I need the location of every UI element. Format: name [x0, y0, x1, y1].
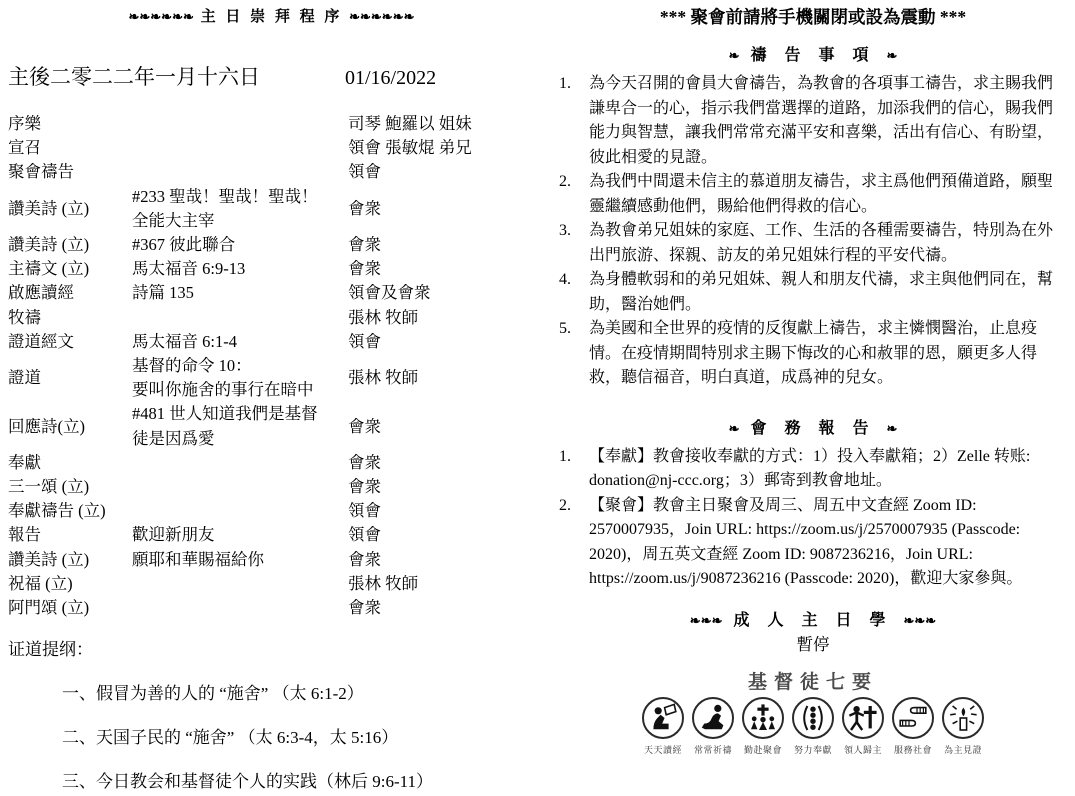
announcement-items-list: 1.【奉獻】教會接收奉獻的方式：1）投入奉獻箱；2）Zelle 转账: dona…	[559, 445, 1067, 592]
program-item-who: 會衆	[348, 451, 535, 475]
seven-essentials-title: 基督徒七要	[559, 667, 1067, 694]
fleuron-ornament-icon: ❧❧❧	[690, 613, 723, 628]
program-item-who: 會衆	[348, 596, 535, 620]
program-title: 主 日 崇 拜 程 序	[201, 9, 343, 25]
date-row: 主後二零二二年一月十六日 01/16/2022	[8, 61, 535, 91]
program-item-label: 阿門頌 (立)	[8, 596, 132, 620]
sermon-outline-item: 一、假冒为善的人的 “施舍” （太 6:1-2）	[62, 679, 535, 704]
seven-essentials-cell: 為主見證	[940, 697, 987, 756]
program-item-who: 會衆	[348, 257, 535, 281]
serve-society-icon	[892, 697, 934, 739]
program-item-label: 奉獻	[8, 451, 132, 475]
program-item-content: 馬太福音 6:1-4	[132, 330, 348, 354]
church-affairs-title: 會 務 報 告	[750, 420, 875, 437]
program-item-label: 證道	[8, 366, 132, 390]
seven-essentials-label: 領人歸主	[840, 743, 887, 756]
program-row: 祝福 (立)張林 牧師	[8, 572, 535, 596]
prayer-item-text: 為今天召開的會員大會禱告，為教會的各項事工禱告，求主賜我們謙卑合一的心，指示我們…	[589, 72, 1067, 170]
seven-essentials-cell: 努力奉獻	[790, 697, 837, 756]
program-header: ❧❧❧❧❧❧ 主 日 崇 拜 程 序 ❧❧❧❧❧❧	[8, 5, 535, 26]
sunday-school-status: 暫停	[559, 631, 1067, 655]
program-item-label: 讚美詩 (立)	[8, 548, 132, 572]
program-item-label: 牧禱	[8, 306, 132, 330]
program-item-who: 會衆	[348, 233, 535, 257]
lead-to-christ-icon	[842, 697, 884, 739]
read-bible-icon	[642, 697, 684, 739]
program-row: 牧禱張林 牧師	[8, 306, 535, 330]
fleuron-ornament-icon: ❧❧❧❧❧❧	[129, 9, 194, 24]
program-row: 奉獻禱告 (立)領會	[8, 499, 535, 523]
prayer-item-text: 為身體軟弱和的弟兄姐妹、親人和朋友代禱，求主與他們同在，幫助，醫治她們。	[589, 268, 1067, 317]
program-row: 證道經文馬太福音 6:1-4領會	[8, 330, 535, 354]
program-row: 啟應讀經詩篇 135領會及會衆	[8, 281, 535, 305]
program-item-content: 基督的命令 10： 要叫你施舍的事行在暗中	[132, 354, 348, 402]
seven-essentials-label: 常常祈禱	[690, 743, 737, 756]
order-of-worship: 序樂司琴 鮑羅以 姐妹 宣召領會 張敏焜 弟兄 聚會禱告領會 讚美詩 (立)#2…	[8, 112, 535, 620]
program-row: 報告歡迎新朋友領會	[8, 523, 535, 547]
program-item-who: 領會	[348, 523, 535, 547]
program-item-content: #367 彼此聯合	[132, 233, 348, 257]
program-item-who: 會衆	[348, 548, 535, 572]
prayer-item: 1.為今天召開的會員大會禱告，為教會的各項事工禱告，求主賜我們謙卑合一的心，指示…	[559, 72, 1067, 170]
seven-essentials-cell: 領人歸主	[840, 697, 887, 756]
program-item-label: 奉獻禱告 (立)	[8, 499, 132, 523]
program-item-content: 詩篇 135	[132, 281, 348, 305]
program-item-who: 會衆	[348, 415, 535, 439]
worship-program-column: ❧❧❧❧❧❧ 主 日 崇 拜 程 序 ❧❧❧❧❧❧ 主後二零二二年一月十六日 0…	[0, 0, 537, 796]
offering-icon	[792, 697, 834, 739]
program-row: 阿門頌 (立)會衆	[8, 596, 535, 620]
sunday-school-title: 成 人 主 日 學	[733, 612, 892, 629]
announcement-item-text: 【聚會】教會主日聚會及周三、周五中文查經 Zoom ID: 2570007935…	[589, 494, 1067, 592]
program-item-who: 會衆	[348, 475, 535, 499]
program-item-who: 會衆	[348, 197, 535, 221]
fleuron-ornament-icon: ❧	[887, 48, 898, 63]
program-row: 讚美詩 (立)#367 彼此聯合會衆	[8, 233, 535, 257]
program-row: 宣召領會 張敏焜 弟兄	[8, 136, 535, 160]
prayer-item-number: 5.	[559, 317, 589, 391]
prayer-item-number: 1.	[559, 72, 589, 170]
program-item-label: 祝福 (立)	[8, 572, 132, 596]
program-item-label: 主禱文 (立)	[8, 257, 132, 281]
announcement-item-number: 2.	[559, 494, 589, 592]
bulletin-page: ❧❧❧❧❧❧ 主 日 崇 拜 程 序 ❧❧❧❧❧❧ 主後二零二二年一月十六日 0…	[0, 0, 1075, 796]
program-item-who: 張林 牧師	[348, 572, 535, 596]
seven-essentials-cell: 服務社會	[890, 697, 937, 756]
program-item-label: 讚美詩 (立)	[8, 197, 132, 221]
program-item-content: 願耶和華賜福給你	[132, 548, 348, 572]
fleuron-ornament-icon: ❧	[729, 421, 740, 436]
seven-essentials-graphic: 基督徒七要 天天讀經 常常祈禱	[559, 667, 1067, 756]
program-item-content: 歡迎新朋友	[132, 523, 348, 547]
seven-essentials-cell: 常常祈禱	[690, 697, 737, 756]
program-item-label: 啟應讀經	[8, 281, 132, 305]
program-item-who: 領會 張敏焜 弟兄	[348, 136, 535, 160]
program-row: 讚美詩 (立)願耶和華賜福給你會衆	[8, 548, 535, 572]
program-item-content: #481 世人知道我們是基督 徒是因爲愛	[132, 402, 348, 450]
announcement-item: 1.【奉獻】教會接收奉獻的方式：1）投入奉獻箱；2）Zelle 转账: dona…	[559, 445, 1067, 494]
program-item-label: 報告	[8, 523, 132, 547]
program-item-label: 證道經文	[8, 330, 132, 354]
program-item-label: 聚會禱告	[8, 160, 132, 184]
prayer-item-number: 4.	[559, 268, 589, 317]
program-item-who: 領會	[348, 330, 535, 354]
program-item-who: 司琴 鮑羅以 姐妹	[348, 112, 535, 136]
date-chinese: 主後二零二二年一月十六日	[8, 61, 345, 91]
program-item-who: 領會	[348, 160, 535, 184]
program-item-content: 馬太福音 6:9-13	[132, 257, 348, 281]
prayer-item-text: 為美國和全世界的疫情的反復獻上禱告，求主憐憫醫治，止息疫情。在疫情期間特別求主賜…	[589, 317, 1067, 391]
pray-icon	[692, 697, 734, 739]
prayer-section-header: ❧ 禱 告 事 項 ❧	[559, 42, 1067, 65]
seven-essentials-cell: 勤赴聚會	[740, 697, 787, 756]
fleuron-ornament-icon: ❧	[887, 421, 898, 436]
program-item-label: 回應詩(立)	[8, 415, 132, 439]
program-row: 主禱文 (立)馬太福音 6:9-13會衆	[8, 257, 535, 281]
sermon-outline-title: 证道提纲：	[8, 635, 535, 660]
fleuron-ornament-icon: ❧❧❧❧❧❧	[349, 9, 414, 24]
program-item-who: 領會及會衆	[348, 281, 535, 305]
fleuron-ornament-icon: ❧❧❧	[904, 613, 937, 628]
seven-essentials-label: 為主見證	[940, 743, 987, 756]
sermon-outline-item: 三、今日教会和基督徒个人的实践（林后 9:6-11）	[62, 767, 535, 792]
announcement-item-text: 【奉獻】教會接收奉獻的方式：1）投入奉獻箱；2）Zelle 转账: donati…	[589, 445, 1067, 494]
prayer-section-title: 禱 告 事 項	[750, 47, 875, 64]
announcement-item: 2.【聚會】教會主日聚會及周三、周五中文查經 Zoom ID: 25700079…	[559, 494, 1067, 592]
prayer-item-number: 3.	[559, 219, 589, 268]
date-numeric: 01/16/2022	[345, 67, 436, 90]
program-item-who: 張林 牧師	[348, 366, 535, 390]
phone-silence-notice: *** 聚會前請將手機關閉或設為震動 ***	[559, 4, 1067, 29]
witness-icon	[942, 697, 984, 739]
program-item-label: 宣召	[8, 136, 132, 160]
seven-essentials-label: 天天讀經	[640, 743, 687, 756]
seven-essentials-label: 服務社會	[890, 743, 937, 756]
program-item-label: 三一頌 (立)	[8, 475, 132, 499]
prayer-item: 3.為教會弟兄姐妹的家庭、工作、生活的各種需要禱告，特別為在外出門旅游、探親、訪…	[559, 219, 1067, 268]
seven-essentials-label: 努力奉獻	[790, 743, 837, 756]
fleuron-ornament-icon: ❧	[729, 48, 740, 63]
program-item-who: 領會	[348, 499, 535, 523]
program-row: 證道基督的命令 10： 要叫你施舍的事行在暗中張林 牧師	[8, 354, 535, 402]
prayer-item: 5.為美國和全世界的疫情的反復獻上禱告，求主憐憫醫治，止息疫情。在疫情期間特別求…	[559, 317, 1067, 391]
seven-essentials-icons-row: 天天讀經 常常祈禱 勤赴聚會	[559, 697, 1067, 756]
seven-essentials-label: 勤赴聚會	[740, 743, 787, 756]
prayer-item-text: 為我們中間還未信主的慕道朋友禱告，求主爲他們預備道路，願聖靈繼續感動他們，賜給他…	[589, 170, 1067, 219]
prayer-item: 4.為身體軟弱和的弟兄姐妹、親人和朋友代禱，求主與他們同在，幫助，醫治她們。	[559, 268, 1067, 317]
prayer-item-number: 2.	[559, 170, 589, 219]
seven-essentials-cell: 天天讀經	[640, 697, 687, 756]
attend-meeting-icon	[742, 697, 784, 739]
program-row: 序樂司琴 鮑羅以 姐妹	[8, 112, 535, 136]
church-affairs-header: ❧ 會 務 報 告 ❧	[559, 415, 1067, 438]
announcement-item-number: 1.	[559, 445, 589, 494]
prayer-items-list: 1.為今天召開的會員大會禱告，為教會的各項事工禱告，求主賜我們謙卑合一的心，指示…	[559, 72, 1067, 391]
sunday-school-header: ❧❧❧ 成 人 主 日 學 ❧❧❧	[559, 607, 1067, 630]
prayer-item-text: 為教會弟兄姐妹的家庭、工作、生活的各種需要禱告，特別為在外出門旅游、探親、訪友的…	[589, 219, 1067, 268]
sermon-outline-item: 二、天国子民的 “施舍” （太 6:3-4，太 5:16）	[62, 723, 535, 748]
program-row: 奉獻會衆	[8, 451, 535, 475]
prayer-item: 2.為我們中間還未信主的慕道朋友禱告，求主爲他們預備道路，願聖靈繼續感動他們，賜…	[559, 170, 1067, 219]
program-row: 回應詩(立)#481 世人知道我們是基督 徒是因爲愛會衆	[8, 402, 535, 450]
sermon-outline: 证道提纲： 一、假冒为善的人的 “施舍” （太 6:1-2） 二、天国子民的 “…	[8, 635, 535, 792]
program-item-who: 張林 牧師	[348, 306, 535, 330]
program-row: 聚會禱告領會	[8, 160, 535, 184]
program-row: 三一頌 (立)會衆	[8, 475, 535, 499]
program-item-label: 序樂	[8, 112, 132, 136]
program-row: 讚美詩 (立)#233 聖哉！聖哉！聖哉！ 全能大主宰會衆	[8, 185, 535, 233]
program-item-content: #233 聖哉！聖哉！聖哉！ 全能大主宰	[132, 185, 348, 233]
announcements-column: *** 聚會前請將手機關閉或設為震動 *** ❧ 禱 告 事 項 ❧ 1.為今天…	[537, 0, 1075, 796]
program-item-label: 讚美詩 (立)	[8, 233, 132, 257]
